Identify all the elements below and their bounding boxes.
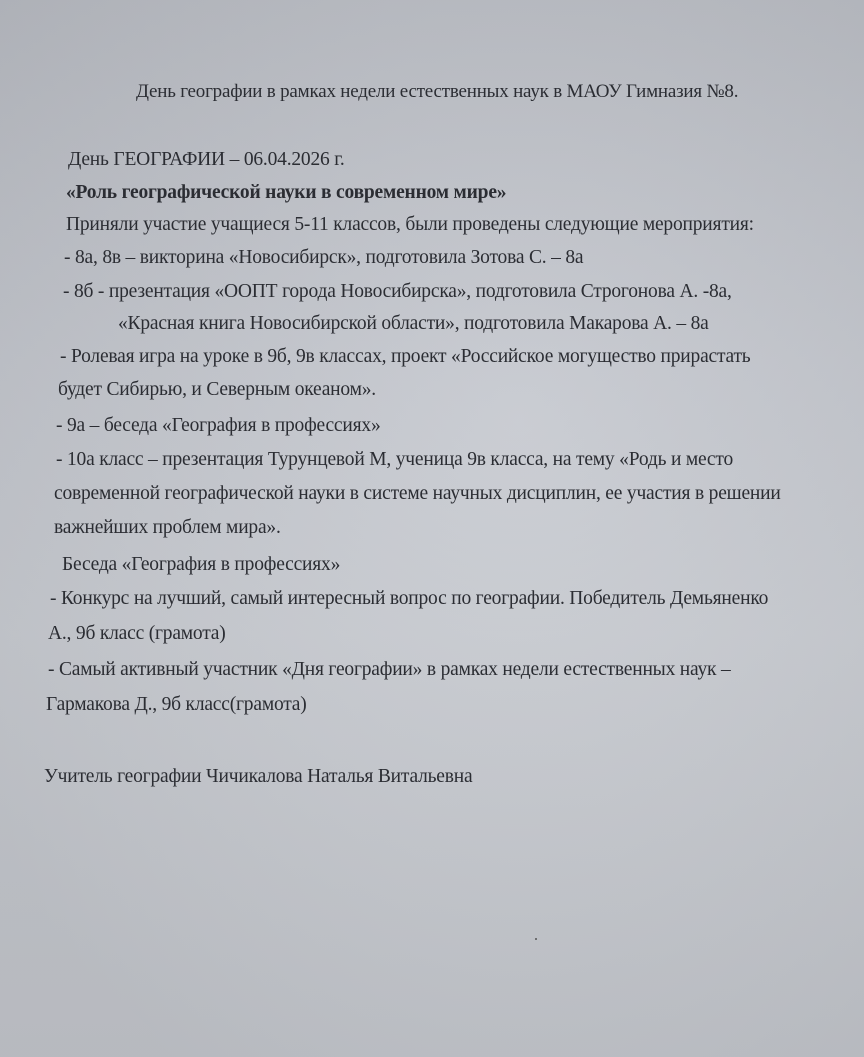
event-line: будет Сибирью, и Северным океаном». — [58, 378, 376, 402]
intro-text: Приняли участие учащиеся 5-11 классов, б… — [66, 213, 754, 237]
event-line: «Красная книга Новосибирской области», п… — [118, 312, 709, 336]
signature: Учитель географии Чичикалова Наталья Вит… — [44, 765, 472, 789]
event-line: Беседа «География в профессиях» — [62, 553, 340, 577]
event-line: А., 9б класс (грамота) — [48, 622, 226, 646]
event-line: - Самый активный участник «Дня географии… — [48, 658, 731, 682]
date-line: День ГЕОГРАФИИ – 06.04.2026 г. — [68, 148, 345, 172]
event-line: - Ролевая игра на уроке в 9б, 9в классах… — [60, 345, 751, 369]
event-line: - 8а, 8в – викторина «Новосибирск», подг… — [64, 246, 583, 270]
event-line: Гармакова Д., 9б класс(грамота) — [46, 693, 307, 717]
document-page: День географии в рамках недели естествен… — [0, 0, 864, 1057]
theme-heading: «Роль географической науки в современном… — [66, 181, 506, 205]
event-line: - Конкурс на лучший, самый интересный во… — [50, 587, 768, 611]
event-line: современной географической науки в систе… — [54, 482, 781, 506]
event-line: - 8б - презентация «ООПТ города Новосиби… — [63, 280, 732, 304]
event-line: - 10а класс – презентация Турунцевой М, … — [56, 448, 733, 472]
event-line: - 9а – беседа «География в профессиях» — [56, 414, 381, 438]
document-title: День географии в рамках недели естествен… — [136, 80, 738, 104]
paper-speck — [535, 938, 537, 940]
event-line: важнейших проблем мира». — [54, 516, 281, 540]
